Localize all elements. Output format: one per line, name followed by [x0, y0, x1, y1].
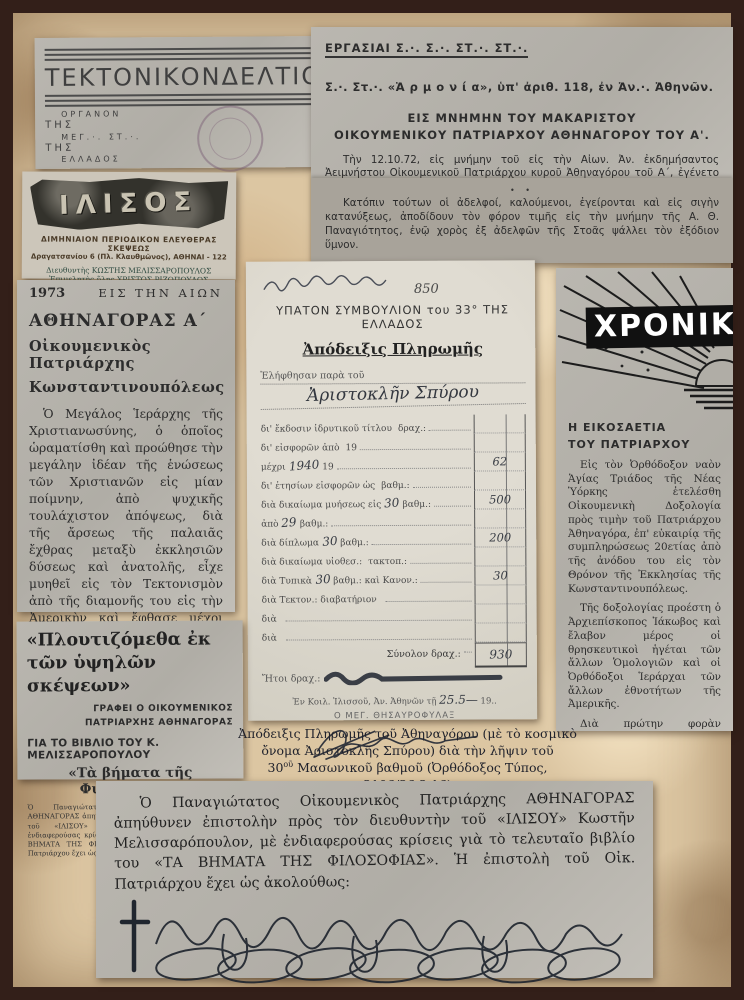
chronika-paragraph: Εἰς τὸν Ὀρθόδοξον ναὸν Ἁγίας Τριάδος τῆς…	[556, 459, 733, 596]
receipt-title: Ἀπόδειξις Πληρωμῆς	[260, 339, 525, 358]
row-label: διὰ Τυπικὰ	[261, 576, 312, 586]
masthead-title: ΤΕΚΤΟΝΙΚΟΝ ΔΕΛΤΙΟΝ	[45, 62, 311, 92]
clipping-letter-intro: Ὁ Παναγιώτατος Οἰκουμενικὸς Πατριάρχης Α…	[96, 781, 653, 978]
receipt-row: δι' εἰσφορῶν ἀπὸ 19	[261, 433, 526, 453]
row-tail: τακτοπ.:	[368, 557, 407, 567]
row-tail: βαθμ.:	[340, 538, 369, 548]
row-amount: 30	[474, 566, 526, 585]
receipt-row: διὰ δίπλωμα 30 βαθμ.: 200	[261, 528, 526, 548]
row-label: δι' ἔκδοσιν ἱδρυτικοῦ τίτλου	[261, 424, 392, 435]
row-dotted-line	[331, 525, 471, 527]
row-dotted-line	[286, 620, 472, 622]
clipping-lodge-notice: ΕΡΓΑΣΙΑΙ Σ.·. Σ.·. ΣΤ.·. ΣΤ.·. Σ.·. Στ.·…	[311, 27, 733, 263]
ilisos-address: Δραγατσανίου 6 (Πλ. Κλαυθμῶνος), ΑΘΗΝΑΙ …	[30, 252, 228, 261]
row-amount	[474, 471, 526, 490]
amount-scribble	[324, 670, 504, 685]
row-handwritten-value: 29	[281, 515, 297, 530]
rule-lines	[45, 93, 311, 107]
clipping-athinagoras-article: 1973 ΕΙΣ ΤΗΝ ΑΙΩΝ ΑΘΗΝΑΓΟΡΑΣ Α΄ Οἰκουμεν…	[17, 280, 235, 612]
rule-lines	[45, 47, 311, 61]
receipt-row: διὰ Τεκτον.: διαβατήριον	[262, 585, 527, 605]
row-amount: 200	[474, 528, 526, 547]
clipping-ilisos: ΙΛΙΣΟΣ ΔΙΜΗΝΙΑΙΟΝ ΠΕΡΙΟΔΙΚΟΝ ΕΛΕΥΘΕΡΑΣ Σ…	[22, 171, 237, 279]
row-dotted-line	[286, 639, 472, 641]
chronika-paragraph: Τῆς δοξολογίας προέστη ὁ Ἀρχιεπίσκοπος Ἰ…	[556, 602, 733, 712]
receipt-total-value: 930	[475, 642, 527, 667]
quote-line-2: τῶν ὑψηλῶν σκέψεων»	[27, 651, 233, 698]
row-amount: 62	[474, 452, 526, 471]
row-label: διὰ	[262, 615, 277, 625]
receipt-row: διὰ δικαίωμα υἱοθεσ.: τακτοπ.:	[261, 547, 526, 567]
receipt-row: διὰ	[262, 604, 527, 624]
lodge-line: Σ.·. Στ.·. «Ἁ ρ μ ο ν ί α», ὑπ' ἀριθ. 11…	[325, 80, 719, 94]
row-label: διὰ δικαίωμα μυήσεως εἰς	[261, 500, 381, 511]
row-label: διὰ	[262, 634, 277, 644]
row-label: διὰ δικαίωμα υἱοθεσ.:	[261, 557, 362, 568]
receipt-row: διὰ δικαίωμα μυήσεως εἰς 30 βαθμ.: 500	[261, 490, 526, 510]
letter-intro-paragraph: Ὁ Παναγιώτατος Οἰκουμενικὸς Πατριάρχης Α…	[113, 788, 635, 894]
receipt-row: ἀπὸ 29 βαθμ.:	[261, 509, 526, 529]
masthead-title-left: ΤΕΚΤΟΝΙΚΟΝ	[45, 63, 222, 92]
chronika-paragraph: Διὰ πρώτην φορὰν Κληρικοὶ ἑτέρων Χριστια…	[556, 718, 733, 731]
row-amount	[474, 509, 526, 528]
clipping-chronika: ΧΡΟΝΙΚΑ Η ΕΙΚΟΣΑΕΤΙΑ ΤΟΥ ΠΑΤΡΙΑΡΧΟΥ Εἰς …	[556, 268, 733, 731]
organ-line: ΕΛΛΑΔΟΣ	[45, 153, 311, 165]
row-label: δι' ἐτησίων εἰσφορῶν ὡς	[261, 481, 375, 492]
ilisos-logo-text: ΙΛΙΣΟΣ	[59, 187, 199, 221]
receipt-itoi-label: Ἤτοι δραχ.:	[262, 673, 320, 684]
collage-page: ΤΕΚΤΟΝΙΚΟΝ ΔΕΛΤΙΟΝ ΟΡΓΑΝΟΝΤΗΣΜΕΓ.·. ΣΤ.·…	[0, 0, 744, 1000]
row-dotted-line	[429, 430, 471, 431]
patriarch-signature-flourish	[114, 896, 635, 984]
row-handwritten-value: 30	[314, 572, 330, 587]
receipt-place-line: Ἐν Κοιλ. Ἰλισσοῦ, Ἀν. Ἀθηνῶν τῇ	[292, 697, 436, 708]
receipt-date-hand: 25.5—	[439, 693, 478, 707]
row-tail: βαθμ.: καὶ Κανον.:	[333, 576, 418, 586]
ilisos-subtitle: ΔΙΜΗΝΙΑΙΟΝ ΠΕΡΙΟΔΙΚΟΝ ΕΛΕΥΘΕΡΑΣ ΣΚΕΨΕΩΣ	[30, 234, 228, 253]
row-label: ἀπὸ	[261, 520, 278, 530]
receipt-row: διὰ	[262, 623, 527, 643]
ilisos-stone-logo: ΙΛΙΣΟΣ	[30, 177, 228, 230]
chronika-heading-1: Η ΕΙΚΟΣΑΕΤΙΑ	[568, 420, 721, 437]
row-amount	[475, 604, 527, 623]
handwritten-scribble	[260, 271, 410, 298]
row-dotted-line	[410, 563, 471, 564]
quote-byline-1: ΓΡΑΦΕΙ Ο ΟΙΚΟΥΜΕΝΙΚΟΣ	[27, 703, 233, 718]
sunburst-graphic: ΧΡΟΝΙΚΑ	[556, 268, 733, 416]
chronika-heading-2: ΤΟΥ ΠΑΤΡΙΑΡΧΟΥ	[568, 437, 721, 454]
receipt-year-print: 19..	[481, 696, 497, 706]
caption-line-2: ὄνομα Ἀριστοκλῆς Σπύρου) διὰ τὴν λῆψιν τ…	[235, 743, 580, 760]
memoriam-title-2: ΟΙΚΟΥΜΕΝΙΚΟΥ ΠΑΤΡΙΑΡΧΟΥ ΑΘΗΝΑΓΟΡΟΥ ΤΟΥ Α…	[325, 127, 719, 144]
row-label: δι' εἰσφορῶν ἀπὸ	[261, 443, 340, 453]
receipt-payer-name: Ἀριστοκλῆν Σπύρου	[260, 381, 525, 410]
quote-book-line: ΓΙΑ ΤΟ ΒΙΒΛΙΟ ΤΟΥ Κ. ΜΕΛΙΣΣΑΡΟΠΟΥΛΟΥ	[27, 737, 233, 762]
receipt-row: διὰ Τυπικὰ 30 βαθμ.: καὶ Κανον.: 30	[261, 566, 526, 586]
row-tail: βαθμ.:	[403, 500, 432, 510]
row-amount	[474, 585, 526, 604]
clipping-payment-receipt: 850 ΥΠΑΤΟΝ ΣΥΜΒΟΥΛΙΟΝ του 33° ΤΗΣ ΕΛΛΑΔΟ…	[246, 260, 537, 721]
article-title: ΑΘΗΝΑΓΟΡΑΣ Α΄	[29, 311, 223, 331]
article-subtitle-1: Οἰκουμενικὸς Πατριάρχης	[29, 338, 223, 372]
row-label: μέχρι	[261, 463, 286, 473]
article-year: 1973	[29, 286, 65, 301]
row-dotted-line	[413, 487, 471, 488]
memoriam-paragraph-2: Κατόπιν τούτων οἱ ἀδελφοί, καλούμενοι, ἐ…	[325, 197, 719, 253]
row-dotted-line	[434, 506, 471, 507]
organ-lines: ΟΡΓΑΝΟΝΤΗΣΜΕΓ.·. ΣΤ.·.ΤΗΣΕΛΛΑΔΟΣ	[45, 108, 311, 165]
memoriam-title-1: ΕΙΣ ΜΝΗΜΗΝ ΤΟΥ ΜΑΚΑΡΙΣΤΟΥ	[325, 110, 719, 127]
row-handwritten-value: 1940	[288, 457, 320, 473]
quote-line-1: «Πλουτιζόμεθα ἐκ	[27, 628, 233, 652]
row-dotted-line	[421, 582, 472, 583]
clipping-tektonikon-deltion: ΤΕΚΤΟΝΙΚΟΝ ΔΕΛΤΙΟΝ ΟΡΓΑΝΟΝΤΗΣΜΕΓ.·. ΣΤ.·…	[35, 36, 322, 169]
row-amount: 500	[474, 490, 526, 509]
chronika-masthead: ΧΡΟΝΙΚΑ	[585, 304, 733, 348]
lodge-works-header: ΕΡΓΑΣΙΑΙ Σ.·. Σ.·. ΣΤ.·. ΣΤ.·.	[325, 41, 528, 58]
row-tail: βαθμ.:	[300, 519, 329, 529]
article-header: ΕΙΣ ΤΗΝ ΑΙΩΝ	[98, 286, 223, 300]
row-amount	[475, 623, 527, 642]
row-handwritten-value: 30	[321, 534, 337, 549]
receipt-rows: δι' ἔκδοσιν ἱδρυτικοῦ τίτλου δραχ.: δι' …	[261, 414, 527, 643]
receipt-row: δι' ἐτησίων εἰσφορῶν ὡς βαθμ.:	[261, 471, 526, 491]
article-subtitle-2: Κωνσταντινουπόλεως	[29, 379, 223, 396]
row-tail: βαθμ.:	[381, 481, 410, 491]
row-dotted-line	[372, 544, 472, 546]
receipt-total-label: Σύνολον δραχ.:	[387, 648, 461, 659]
row-label: διὰ δίπλωμα	[261, 538, 319, 548]
row-tail: 19	[322, 462, 334, 472]
row-tail: δραχ.:	[398, 424, 426, 434]
divider-stars: • •	[325, 186, 719, 195]
receipt-org: ΥΠΑΤΟΝ ΣΥΜΒΟΥΛΙΟΝ του 33° ΤΗΣ ΕΛΛΑΔΟΣ	[260, 302, 525, 331]
receipt-row: δι' ἔκδοσιν ἱδρυτικοῦ τίτλου δραχ.:	[261, 414, 526, 434]
chronika-paragraphs: Εἰς τὸν Ὀρθόδοξον ναὸν Ἁγίας Τριάδος τῆς…	[556, 459, 733, 731]
lodge-notice-footer-strip: • • Κατόπιν τούτων οἱ ἀδελφοί, καλούμενο…	[311, 178, 733, 263]
receipt-row: μέχρι 1940 19 62	[261, 452, 526, 472]
row-dotted-line	[386, 601, 472, 602]
receipt-number: 850	[414, 282, 439, 297]
row-dotted-line	[360, 449, 471, 451]
row-label: διὰ Τεκτον.: διαβατήριον	[262, 595, 377, 606]
row-amount	[474, 414, 526, 433]
row-amount	[474, 433, 526, 452]
clipping-quote: «Πλουτιζόμεθα ἐκ τῶν ὑψηλῶν σκέψεων» ΓΡΑ…	[17, 620, 244, 779]
quote-byline-2: ΠΑΤΡΙΑΡΧΗΣ ΑΘΗΝΑΓΟΡΑΣ	[27, 716, 233, 731]
row-handwritten-value: 30	[384, 495, 400, 510]
caption-line-1: Ἀπόδειξις Πληρωμῆς τοῦ Ἀθηναγόρου (μὲ τὸ…	[235, 726, 580, 743]
row-tail: 19	[345, 443, 357, 453]
row-amount	[474, 547, 526, 566]
row-dotted-line	[337, 468, 471, 470]
